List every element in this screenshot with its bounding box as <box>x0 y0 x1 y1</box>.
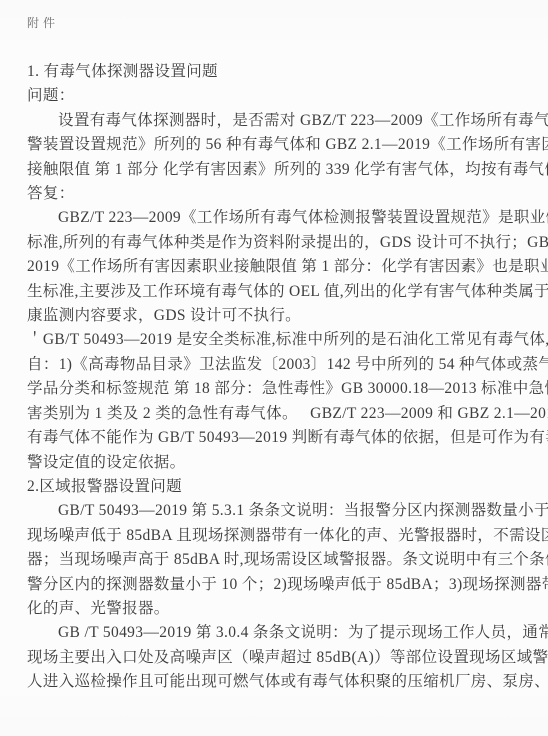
section-1-heading: 1. 有毒气体探测器设置问题 <box>27 60 524 84</box>
text-line: 标准,所列的有毒气体种类是作为资料附录提出的，GDS 设计可不执行；GBZ 2.… <box>27 231 524 255</box>
text-line: 自：1)《高毒物品目录》卫法监发〔2003〕142 号中所列的 54 种气体或蒸… <box>27 353 524 377</box>
text-line: 现场噪声低于 85dBA 且现场探测器带有一体化的声、光警报器时，不需设区域警报 <box>27 524 524 548</box>
text-line: 康监测内容要求，GDS 设计可不执行。 <box>27 304 524 328</box>
answer-label: 答复： <box>27 182 524 206</box>
text-line: 害类别为 1 类及 2 类的急性有毒气体。 GBZ/T 223—2009 和 G… <box>27 402 524 426</box>
text-line: GB/T 50493—2019 第 5.3.1 条条文说明：当报警分区内探测器数… <box>27 499 524 523</box>
text-line: 有毒气体不能作为 GB/T 50493—2019 判断有毒气体的依据，但是可作为… <box>27 426 524 450</box>
attachment-label: 附件 <box>27 14 524 31</box>
text-line: GB /T 50493—2019 第 3.0.4 条条文说明：为了提示现场工作人… <box>27 621 524 645</box>
text-line: 设置有毒气体探测器时，是否需对 GBZ/T 223—2009《工作场所有毒气体检… <box>27 109 524 133</box>
question-label: 问题： <box>27 84 524 108</box>
text-line: ＇GB/T 50493—2019 是安全类标准,标准中所列的是石油化工常见有毒气… <box>27 328 524 352</box>
text-line: 警设定值的设定依据。 <box>27 451 524 475</box>
text-line: 2019《工作场所有害因素职业接触限值 第 1 部分：化学有害因素》也是职业健康… <box>27 255 524 279</box>
document-body: 1. 有毒气体探测器设置问题 问题： 设置有毒气体探测器时，是否需对 GBZ/T… <box>27 60 524 695</box>
text-line: 警装置设置规范》所列的 56 种有毒气体和 GBZ 2.1—2019《工作场所有… <box>27 133 524 157</box>
document-page: 附件 1. 有毒气体探测器设置问题 问题： 设置有毒气体探测器时，是否需对 GB… <box>0 0 548 736</box>
text-line: 化的声、光警报器。 <box>27 597 524 621</box>
text-line: 警分区内的探测器数量小于 10 个；2)现场噪声低于 85dBA；3)现场探测器… <box>27 573 524 597</box>
text-line: 器；当现场噪声高于 85dBA 时,现场需设区域警报器。条文说明中有三个条件,1… <box>27 548 524 572</box>
text-line: 学品分类和标签规范 第 18 部分：急性毒性》GB 30000.18—2013 … <box>27 377 524 401</box>
text-line: 生标准,主要涉及工作环境有毒气体的 OEL 值,列出的化学有害气体种类属于职业健 <box>27 280 524 304</box>
section-2-heading: 2.区域报警器设置问题 <box>27 475 524 499</box>
text-line: GBZ/T 223—2009《工作场所有毒气体检测报警装置设置规范》是职业健康卫… <box>27 206 524 230</box>
text-line: 人进入巡检操作且可能出现可燃气体或有毒气体积聚的压缩机厂房、泵房、筒(料) <box>27 670 524 694</box>
text-line: 现场主要出入口处及高噪声区（噪声超过 85dB(A)）等部位设置现场区域警报器。… <box>27 646 524 670</box>
text-line: 接触限值 第 1 部分 化学有害因素》所列的 339 化学有害气体，均按有毒气体… <box>27 158 524 182</box>
